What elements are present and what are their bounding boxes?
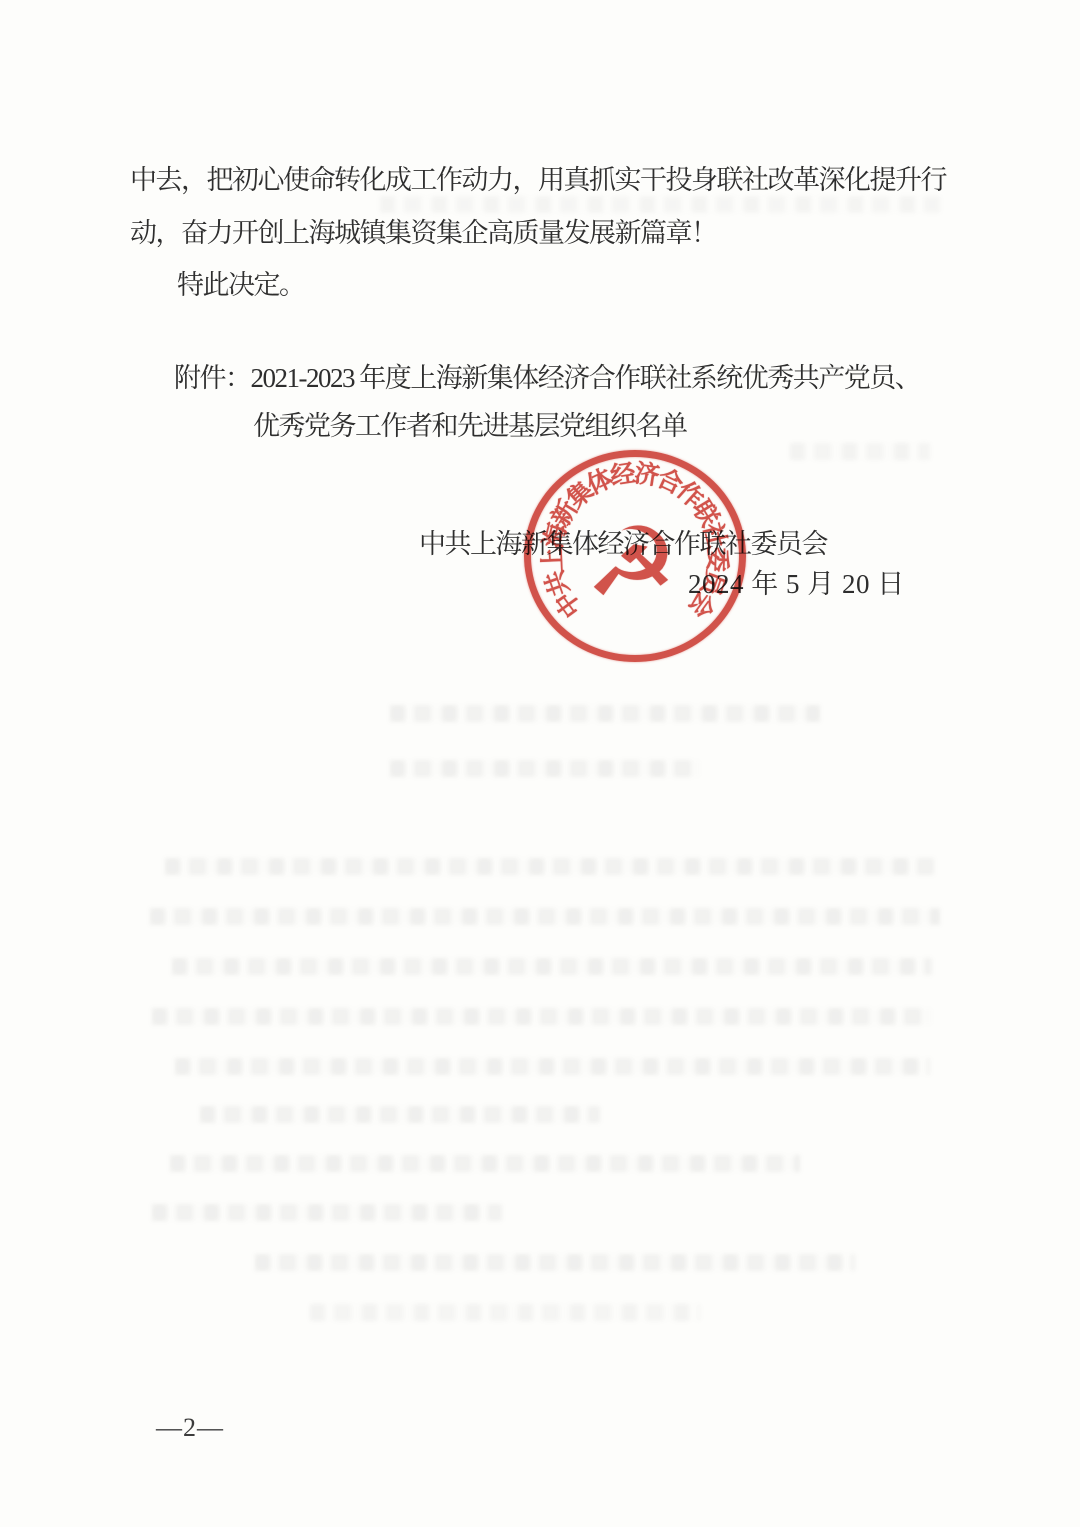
attachment-line-2: 优秀党务工作者和先进基层党组织名单 [253,404,687,443]
body-paragraph-line-1: 中去，把初心使命转化成工作动力，用真抓实干投身联社改革深化提升行 [130,158,946,197]
closing-statement: 特此决定。 [177,263,305,302]
body-paragraph-line-2: 动，奋力开创上海城镇集资集企高质量发展新篇章！ [130,211,717,250]
show-through-mark [165,858,935,875]
official-seal: 中共上海新集体经济合作联社委员会 ☭ [524,450,746,662]
show-through-mark [310,1304,700,1321]
hammer-and-sickle-icon: ☭ [583,510,683,619]
show-through-mark [390,760,700,777]
show-through-mark [152,1204,502,1221]
show-through-mark [255,1254,855,1271]
document-page: 中去，把初心使命转化成工作动力，用真抓实干投身联社改革深化提升行 动，奋力开创上… [0,0,1080,1527]
show-through-mark [790,443,930,460]
show-through-mark [150,908,940,925]
attachment-line-1: 附件：2021-2023 年度上海新集体经济合作联社系统优秀共产党员、 [174,356,920,395]
show-through-mark [170,1155,800,1172]
show-through-mark [390,705,820,722]
show-through-mark [152,1008,932,1025]
page-number: —2— [156,1413,224,1443]
show-through-mark [172,958,932,975]
show-through-mark [200,1106,600,1123]
show-through-mark [175,1058,930,1075]
